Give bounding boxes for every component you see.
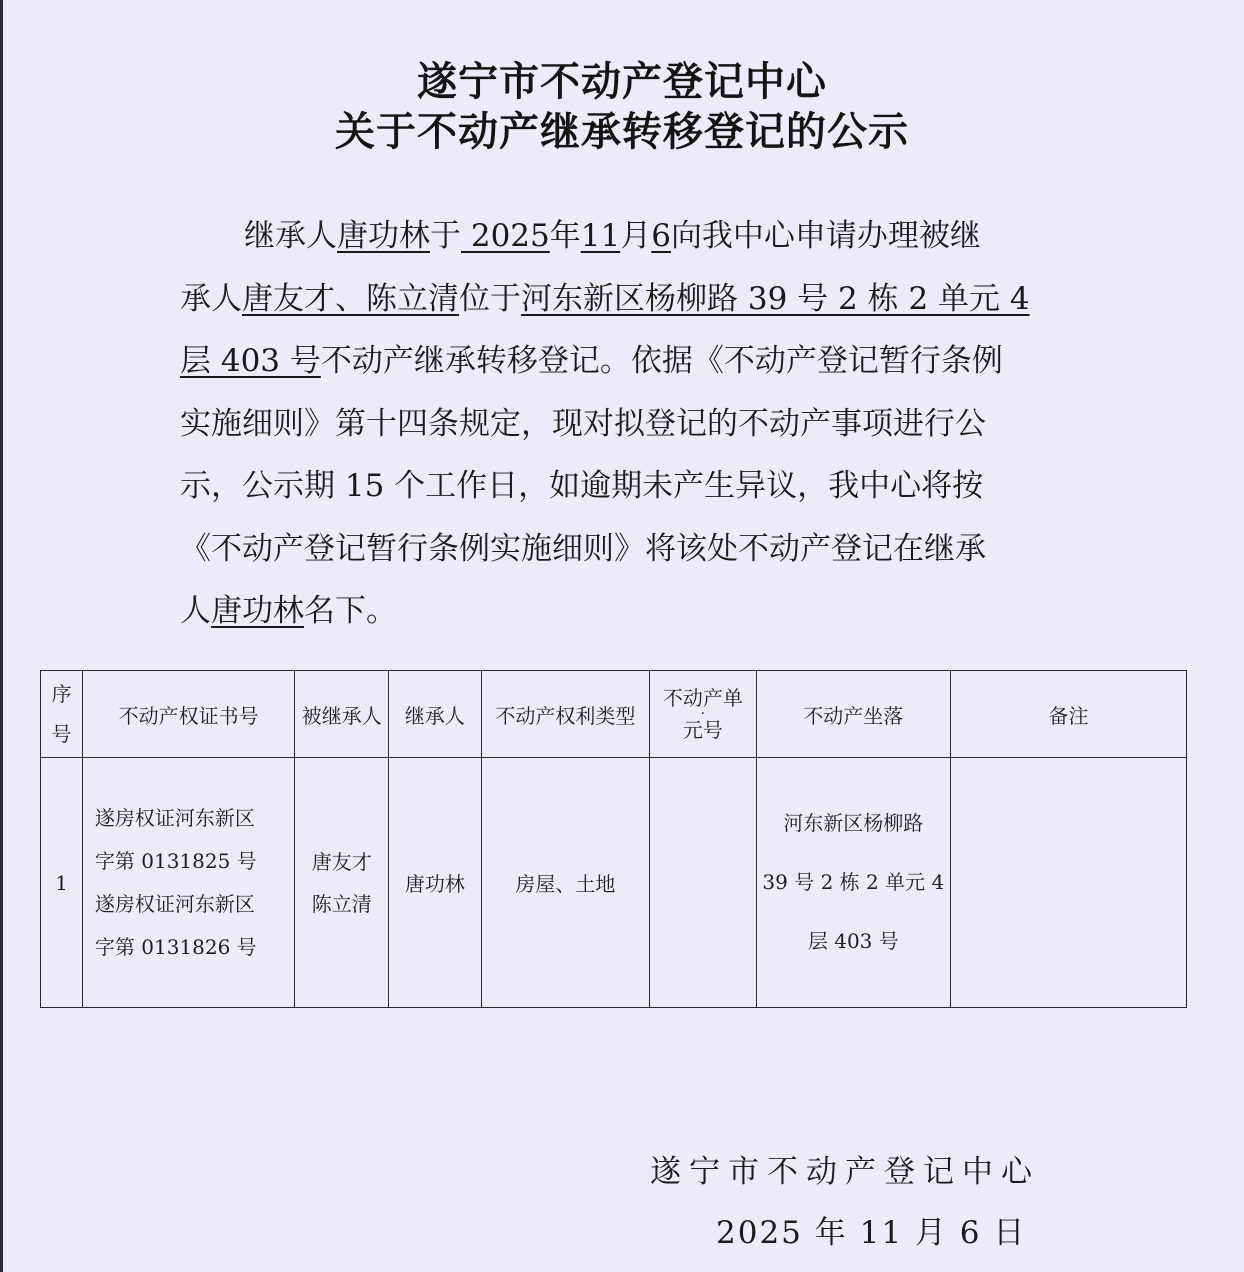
text: 名下。 xyxy=(304,593,397,629)
application-day: 6 xyxy=(651,218,671,254)
body-line-1: 继承人唐功林于 2025年11月6向我中心申请办理被继 xyxy=(180,205,1046,268)
cell-heir: 唐功林 xyxy=(389,758,482,1008)
body-line-7: 人唐功林名下。 xyxy=(180,580,1046,643)
issuing-organization: 遂宁市不动产登记中心 xyxy=(650,1146,1040,1191)
application-month: 11 xyxy=(581,218,620,254)
text: 元号 xyxy=(650,719,756,741)
header-remarks: 备注 xyxy=(950,671,1186,758)
body-line-5: 示，公示期 15 个工作日，如逾期未产生异议，我中心将按 xyxy=(180,455,1046,518)
cell-location: 河东新区杨柳路 39 号 2 栋 2 单元 4 层 403 号 xyxy=(756,758,950,1008)
cell-unit-no xyxy=(650,758,757,1008)
application-year: 2025 xyxy=(461,218,550,254)
issue-date: 2025 年 11 月 6 日 xyxy=(716,1207,1026,1252)
cell-remarks xyxy=(950,758,1186,1008)
text: 号 xyxy=(51,722,71,746)
notice-body: 继承人唐功林于 2025年11月6向我中心申请办理被继 承人唐友才、陈立清位于河… xyxy=(180,205,1046,643)
registration-table: 序 号 不动产权证书号 被继承人 继承人 不动产权利类型 不动产单 · 元号 不… xyxy=(40,670,1187,1008)
text: 月 xyxy=(620,218,651,254)
text: 遂房权证河东新区 xyxy=(95,883,294,926)
cell-right-type: 房屋、土地 xyxy=(481,758,649,1008)
header-heir: 继承人 xyxy=(389,671,482,758)
table-row: 1 遂房权证河东新区 字第 0131825 号 遂房权证河东新区 字第 0131… xyxy=(41,758,1187,1008)
text: 继承人 xyxy=(244,218,337,254)
header-seq: 序 号 xyxy=(41,671,83,758)
header-location: 不动产坐落 xyxy=(756,671,950,758)
text: 河东新区杨柳路 xyxy=(757,794,950,853)
text: 人 xyxy=(180,593,211,629)
text: 位于 xyxy=(459,281,521,317)
text: 字第 0131825 号 xyxy=(95,840,294,883)
text: 遂房权证河东新区 xyxy=(95,797,294,840)
heir-name: 唐功林 xyxy=(211,593,304,629)
text: 向我中心申请办理被继 xyxy=(671,218,981,254)
body-line-2: 承人唐友才、陈立清位于河东新区杨柳路 39 号 2 栋 2 单元 4 xyxy=(180,268,1046,331)
text: 不动产继承转移登记。依据《不动产登记暂行条例 xyxy=(321,343,1003,379)
property-address-part2: 层 403 号 xyxy=(180,343,321,379)
text: 于 xyxy=(430,218,461,254)
body-line-6: 《不动产登记暂行条例实施细则》将该处不动产登记在继承 xyxy=(180,518,1046,581)
header-decedent: 被继承人 xyxy=(295,671,389,758)
text: 陈立清 xyxy=(295,883,388,925)
cell-cert-no: 遂房权证河东新区 字第 0131825 号 遂房权证河东新区 字第 013182… xyxy=(82,758,294,1008)
scan-edge xyxy=(0,0,3,1272)
header-right-type: 不动产权利类型 xyxy=(481,671,649,758)
body-line-4: 实施细则》第十四条规定，现对拟登记的不动产事项进行公 xyxy=(180,393,1046,456)
body-line-3: 层 403 号不动产继承转移登记。依据《不动产登记暂行条例 xyxy=(180,330,1046,393)
table-header-row: 序 号 不动产权证书号 被继承人 继承人 不动产权利类型 不动产单 · 元号 不… xyxy=(41,671,1187,758)
text: 字第 0131826 号 xyxy=(95,926,294,969)
text: 唐友才 xyxy=(295,841,388,883)
text: 承人 xyxy=(180,281,242,317)
decedent-names: 唐友才、陈立清 xyxy=(242,281,459,317)
text: 序 xyxy=(51,682,71,706)
cell-seq: 1 xyxy=(41,758,83,1008)
property-address-part1: 河东新区杨柳路 39 号 2 栋 2 单元 4 xyxy=(521,281,1030,317)
document-title-subject: 关于不动产继承转移登记的公示 xyxy=(0,100,1244,157)
document-title-org: 遂宁市不动产登记中心 xyxy=(0,50,1244,107)
heir-name: 唐功林 xyxy=(337,218,430,254)
header-unit-no: 不动产单 · 元号 xyxy=(650,671,757,758)
header-cert-no: 不动产权证书号 xyxy=(82,671,294,758)
cell-decedent: 唐友才 陈立清 xyxy=(295,758,389,1008)
text: 年 xyxy=(550,218,581,254)
text: 层 403 号 xyxy=(757,912,950,971)
text: 39 号 2 栋 2 单元 4 xyxy=(757,853,950,912)
